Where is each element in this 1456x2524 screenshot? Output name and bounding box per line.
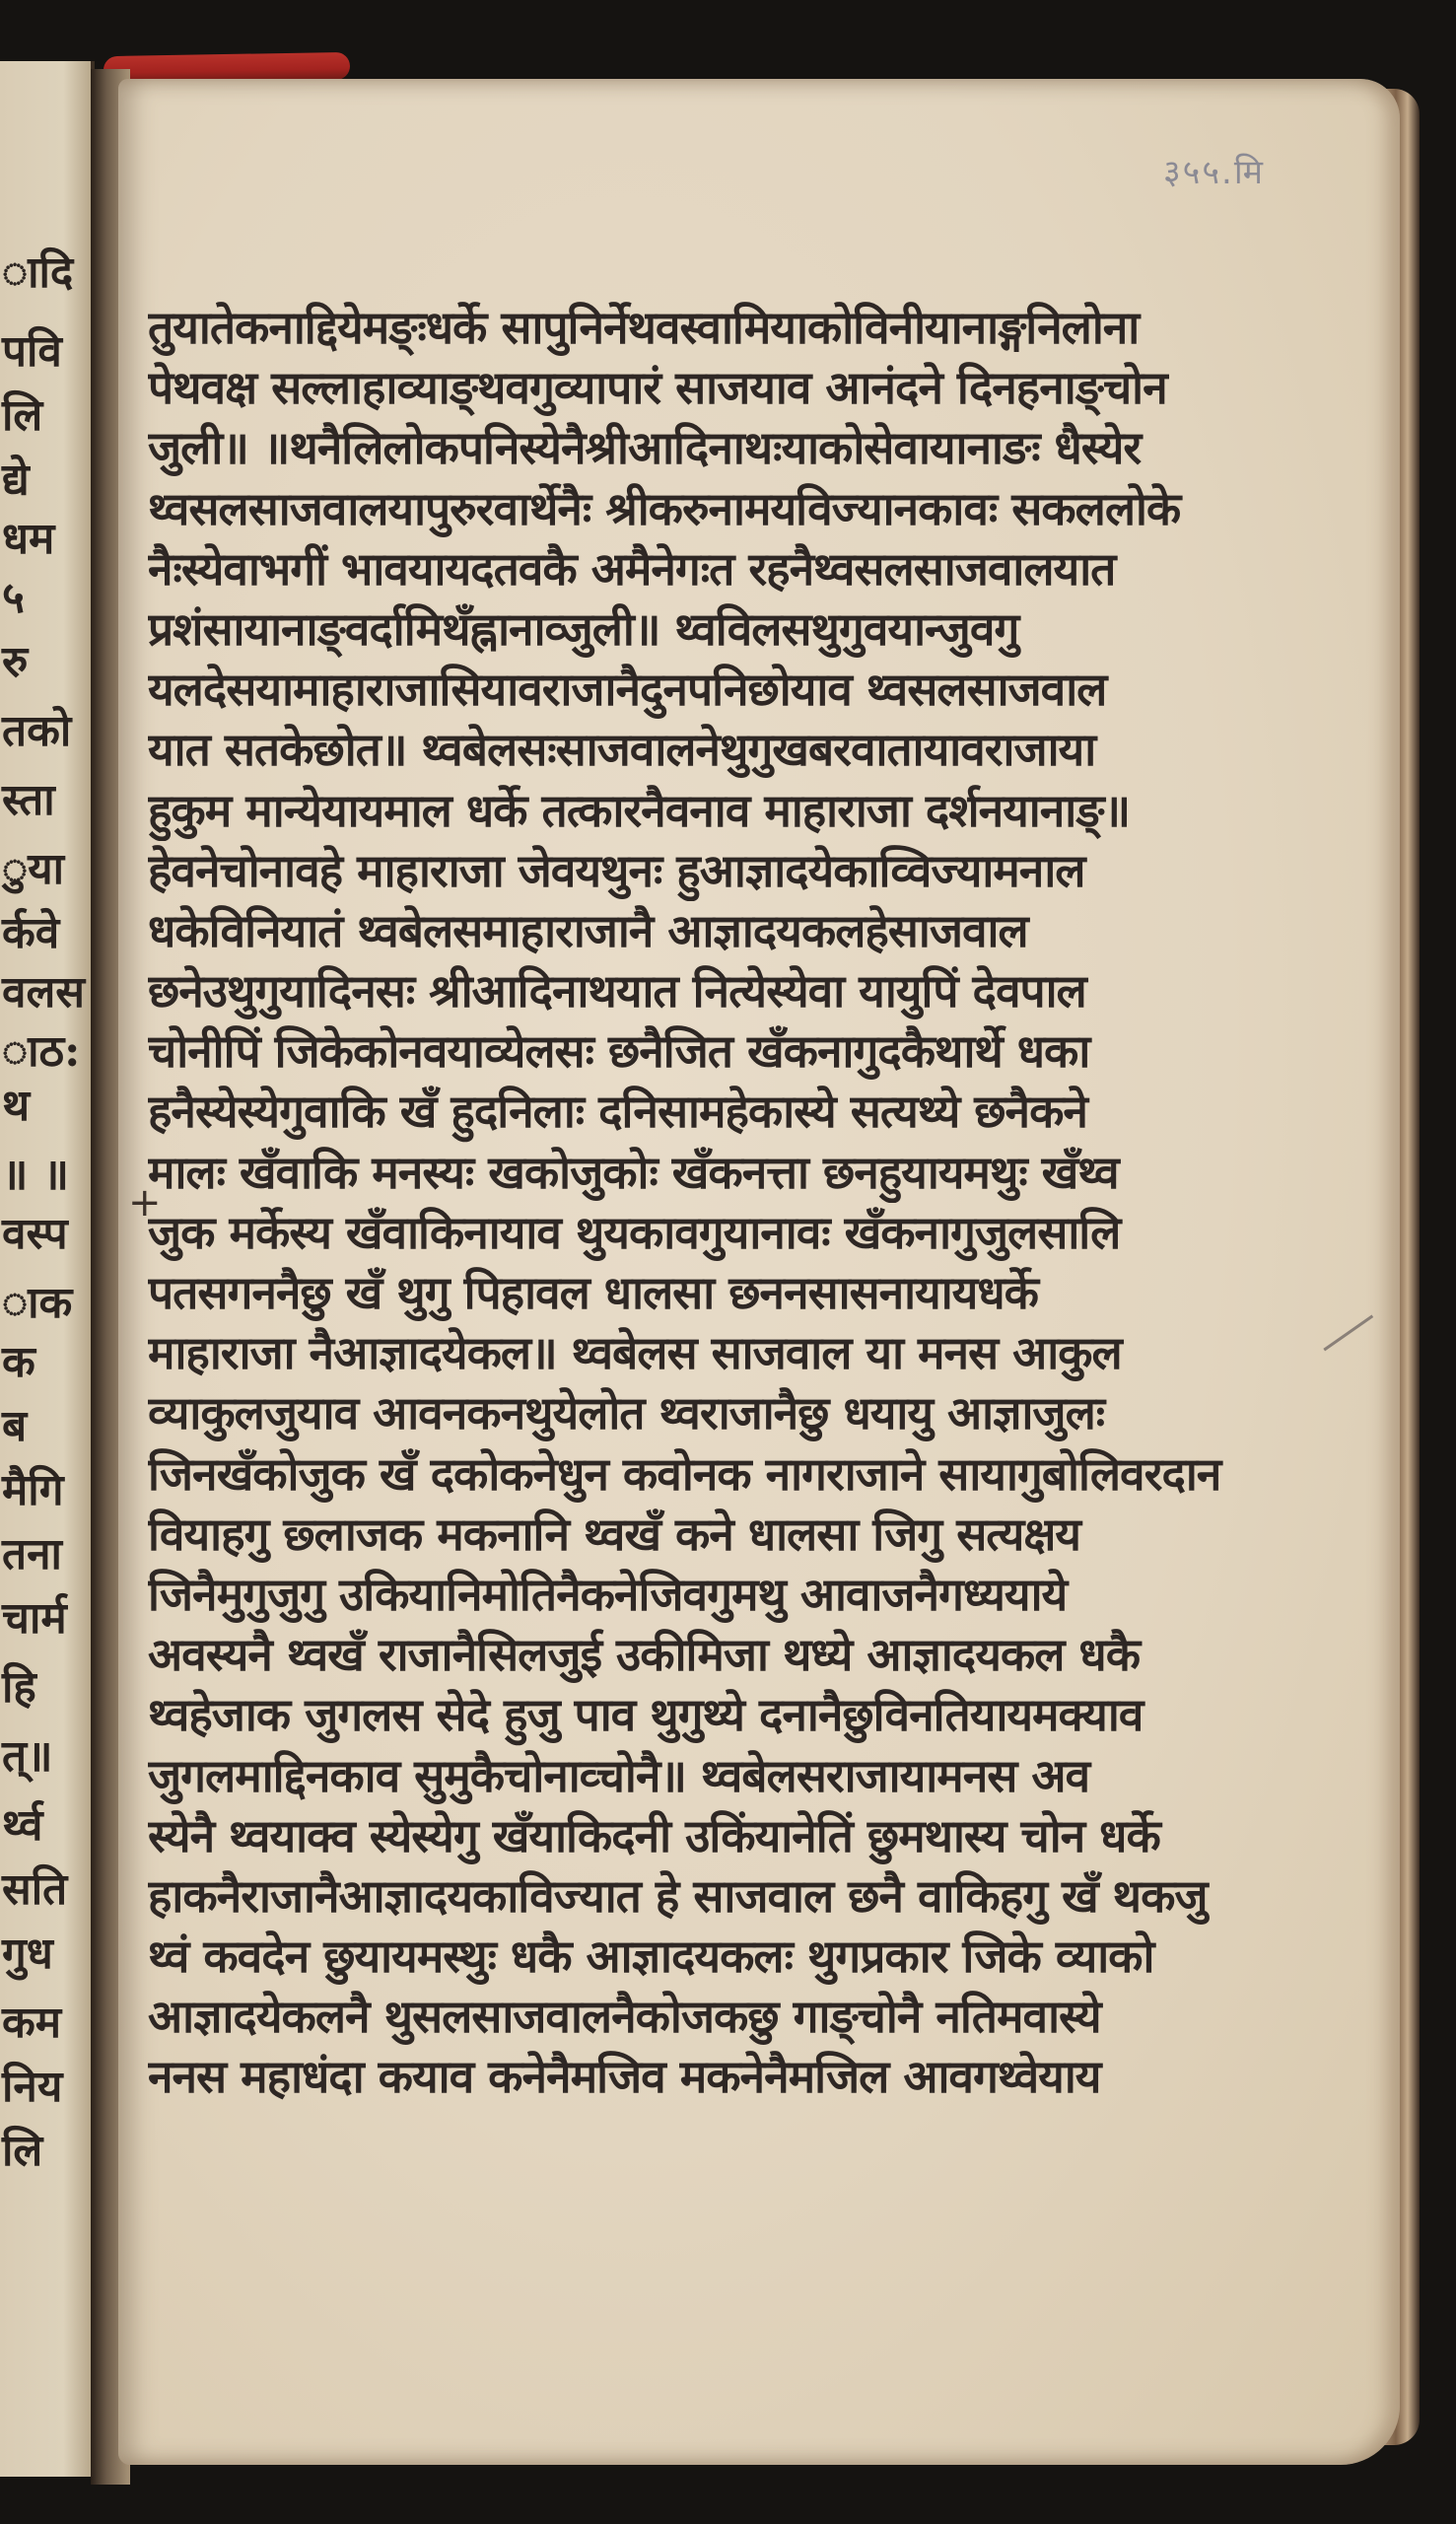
- folio-number: ३५५.मि: [1163, 148, 1265, 193]
- left-page-text-fragment: ाक: [2, 1282, 72, 1325]
- manuscript-line: नैःस्येवाभगीं भावयायदतवकै अमैनेगःत रहनैथ…: [148, 539, 1321, 599]
- manuscript-line: तुयातेकनाद्दियेमङ्ःधर्के सापुनिर्नेथवस्व…: [148, 298, 1321, 358]
- left-page-text-fragment: मैगि: [2, 1469, 63, 1512]
- manuscript-line: यात सतकेछोत॥ थ्वबेलसःसाजवालनेथुगुखबरवाता…: [148, 720, 1321, 780]
- left-page-fragment: ादिपविलिद्येधम५रुतकोस्ताुयार्कवेवलसाठ:थ॥…: [0, 61, 95, 2477]
- left-page-text-fragment: ब: [2, 1405, 27, 1448]
- manuscript-text-block: + तुयातेकनाद्दियेमङ्ःधर्के सापुनिर्नेथवस…: [148, 298, 1321, 2108]
- manuscript-line: थ्वहेजाक जुगलस सेदे हुजु पाव थुगुथ्ये दन…: [148, 1685, 1321, 1745]
- manuscript-line: अवस्यनै थ्वखँ राजानैसिलजुई उकीमिजा थध्ये…: [148, 1625, 1321, 1685]
- manuscript-line: प्रशंसायानाङ्वर्दामिथँह्नानाव्जुली॥ थ्वव…: [148, 599, 1321, 660]
- left-page-text-fragment: गुध: [2, 1932, 53, 1976]
- left-page-text-fragment: निय: [2, 2066, 62, 2109]
- left-page-text-fragment: हि: [2, 1666, 36, 1710]
- manuscript-line: स्येनै थ्वयाक्व स्येस्येगु खँयाकिदनी उकि…: [148, 1806, 1321, 1866]
- manuscript-line: थ्वसलसाजवालयापुरुरवार्थेनैः श्रीकरुनामयव…: [148, 479, 1321, 539]
- left-page-text-fragment: लि: [2, 2130, 42, 2173]
- left-page-text-fragment: क: [2, 1341, 35, 1384]
- manuscript-photograph: ादिपविलिद्येधम५रुतकोस्ताुयार्कवेवलसाठ:थ॥…: [0, 0, 1456, 2524]
- manuscript-line: हेवनेचोनावहे माहाराजा जेवयथुनः हुआज्ञादय…: [148, 841, 1321, 901]
- manuscript-line: व्याकुलजुयाव आवनकनथुयेलोत थ्वराजानैछु धय…: [148, 1383, 1321, 1443]
- manuscript-page: ३५५.मि + तुयातेकनाद्दियेमङ्ःधर्के सापुनि…: [118, 79, 1400, 2465]
- left-page-text-fragment: थ: [2, 1085, 30, 1128]
- left-page-text-fragment: पवि: [2, 330, 62, 374]
- left-page-text-fragment: स्ता: [2, 779, 55, 822]
- left-page-text-fragment: रु: [2, 641, 28, 684]
- margin-cross-mark: +: [128, 1180, 162, 1226]
- manuscript-line: यलदेसयामाहाराजासियावराजानैदुनपनिछोयाव थ्…: [148, 660, 1321, 720]
- manuscript-line: मालः खँवाकि मनस्यः खकोजुकोः खँकनत्ता छनह…: [148, 1143, 1321, 1203]
- manuscript-line: जुगलमाद्दिनकाव सुमुकैचोनाव्चोनै॥ थ्वबेलस…: [148, 1746, 1321, 1806]
- manuscript-line: पेथवक्ष सल्लाहाव्याङ्थवगुव्यापारं साजयाव…: [148, 358, 1321, 418]
- manuscript-line: छनेउथुगुयादिनसः श्रीआदिनाथयात नित्येस्ये…: [148, 961, 1321, 1021]
- left-page-text-fragment: सति: [2, 1868, 67, 1912]
- left-page-text-fragment: द्ये: [2, 458, 30, 502]
- left-page-text-fragment: ॥ ॥: [2, 1154, 69, 1197]
- manuscript-line: हुकुम मान्येयायमाल धर्के तत्कारनैवनाव मा…: [148, 781, 1321, 841]
- left-page-text-fragment: कम: [2, 2001, 61, 2045]
- left-page-text-fragment: ाठ:: [2, 1030, 80, 1074]
- manuscript-line: धकेविनियातं थ्वबेलसमाहाराजानै आज्ञादयकलह…: [148, 901, 1321, 961]
- manuscript-line: चोनीपिं जिकेकोनवयाव्येलसः छनैजित खँकनागु…: [148, 1021, 1321, 1082]
- manuscript-line: आज्ञादयेकलनै थुसलसाजवालनैकोजकछु गाङ्चोनै…: [148, 1987, 1321, 2047]
- left-page-text-fragment: र्थ्व: [2, 1804, 42, 1848]
- left-page-text-fragment: धम: [2, 518, 54, 561]
- manuscript-line: माहाराजा नैआज्ञादयेकल॥ थ्वबेलस साजवाल या…: [148, 1323, 1321, 1383]
- left-page-text-fragment: तको: [2, 710, 71, 753]
- manuscript-line: जुक मर्केस्य खँवाकिनायाव थुयकावगुयानावः …: [148, 1203, 1321, 1263]
- left-page-text-fragment: वस्प: [2, 1213, 68, 1256]
- manuscript-line: ननस महाधंदा कयाव कनेनैमजिव मकनेनैमजिल आव…: [148, 2047, 1321, 2107]
- margin-tick-marks: [1323, 1314, 1407, 1399]
- manuscript-line: हाकनैराजानैआज्ञादयकाविज्यात हे साजवाल छन…: [148, 1866, 1321, 1927]
- manuscript-line: हनैस्येस्येगुवाकि खँ हुदनिलाः दनिसामहेका…: [148, 1082, 1321, 1142]
- left-page-text-fragment: ादि: [2, 251, 73, 295]
- left-page-text-fragment: लि: [2, 394, 42, 438]
- left-page-text-fragment: त्॥: [2, 1735, 52, 1779]
- left-page-text-fragment: वलस: [2, 971, 85, 1015]
- left-page-text-fragment: र्कवे: [2, 912, 59, 955]
- manuscript-line: पतसगननैछु खँ थुगु पिहावल धालसा छननसासनाय…: [148, 1263, 1321, 1323]
- left-page-text-fragment: तना: [2, 1533, 62, 1577]
- manuscript-line: जिनखँकोजुक खँ दकोकनेधुन कवोनक नागराजाने …: [148, 1444, 1321, 1505]
- manuscript-line: जुली॥ ॥थनैलिलोकपनिस्येनैश्रीआदिनाथःयाकोस…: [148, 418, 1321, 478]
- manuscript-line: थ्वं कवदेन छुयायमस्थुः धकै आज्ञादयकलः थु…: [148, 1927, 1321, 1987]
- left-page-text-fragment: ुया: [2, 848, 64, 891]
- left-page-text-fragment: चार्म: [2, 1597, 67, 1641]
- left-page-text-fragment: ५: [2, 577, 25, 620]
- manuscript-line: वियाहगु छ्लाजक मकनानि थ्वखँ कने धालसा जि…: [148, 1505, 1321, 1565]
- manuscript-line: जिनैमुगुजुगु उकियानिमोतिनैकनेजिवगुमथु आव…: [148, 1565, 1321, 1625]
